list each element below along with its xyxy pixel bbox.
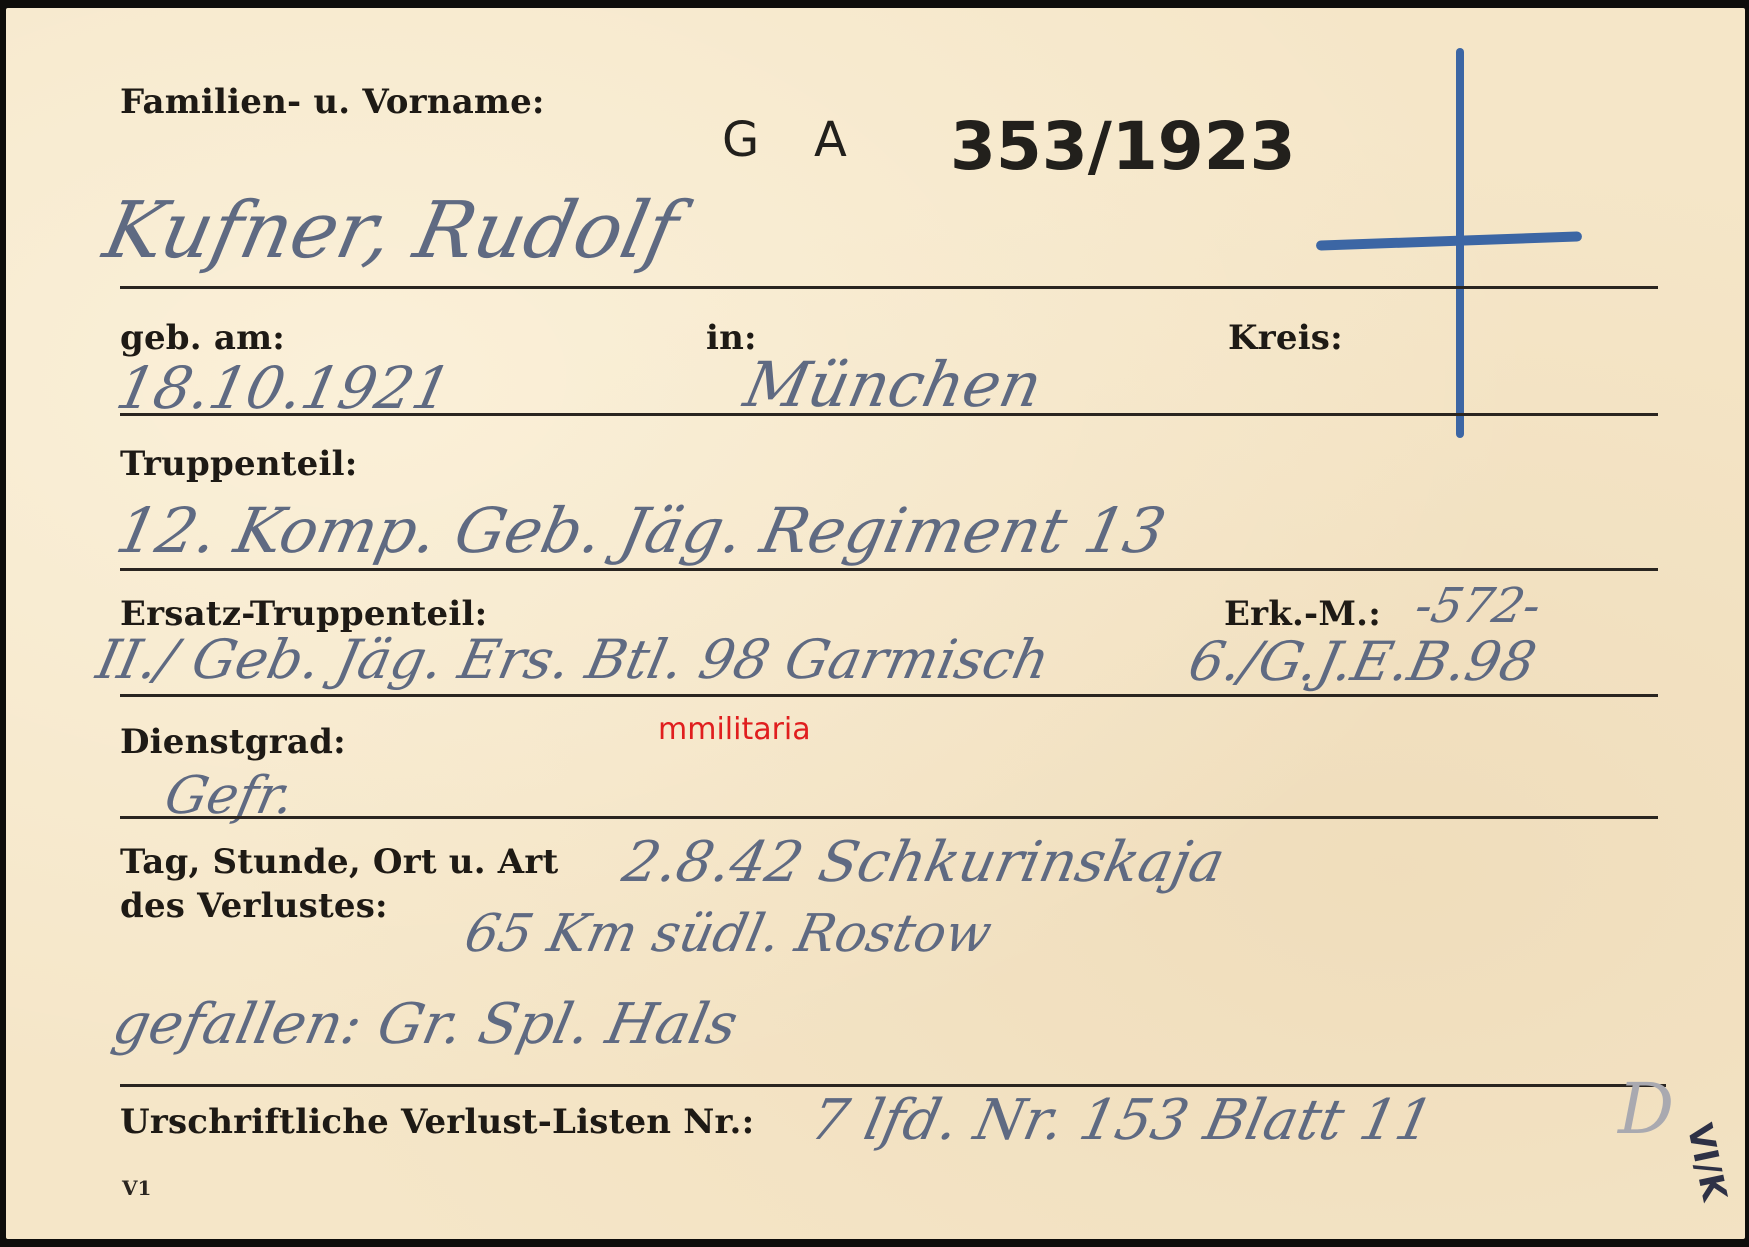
birth-date-label: geb. am: bbox=[120, 318, 285, 358]
file-prefix-g: G bbox=[722, 112, 759, 168]
file-number: 353/1923 bbox=[950, 108, 1296, 185]
replacement-unit-value: II./ Geb. Jäg. Ers. Btl. 98 Garmisch bbox=[91, 628, 1055, 691]
unit-label: Truppenteil: bbox=[120, 444, 357, 484]
divider-loss bbox=[120, 1084, 1666, 1087]
divider-unit bbox=[120, 568, 1658, 571]
birth-place-label: in: bbox=[706, 318, 757, 358]
form-code: V1 bbox=[122, 1176, 151, 1200]
id-tag-value-line2: 6./G.J.E.B.98 bbox=[1183, 630, 1541, 693]
unit-value: 12. Komp. Geb. Jäg. Regiment 13 bbox=[110, 494, 1172, 567]
district-label: Kreis: bbox=[1228, 318, 1343, 358]
name-value: Kufner, Rudolf bbox=[96, 186, 685, 276]
name-label: Familien- u. Vorname: bbox=[120, 82, 545, 122]
loss-value-line2: 65 Km südl. Rostow bbox=[460, 904, 997, 964]
birth-date-value: 18.10.1921 bbox=[111, 354, 458, 422]
id-tag-value: -572- bbox=[1410, 578, 1546, 634]
ink-initials: VI/K bbox=[1679, 1120, 1734, 1204]
loss-list-value: 7 lfd. Nr. 153 Blatt 11 bbox=[805, 1088, 1439, 1153]
birth-place-value: München bbox=[738, 348, 1048, 421]
loss-list-label: Urschriftliche Verlust-Listen Nr.: bbox=[120, 1102, 754, 1142]
casualty-record-card: G A 353/1923 Familien- u. Vorname: Kufne… bbox=[6, 8, 1745, 1239]
watermark: mmilitaria bbox=[658, 712, 811, 747]
rank-label: Dienstgrad: bbox=[120, 722, 346, 762]
divider-replacement bbox=[120, 694, 1658, 697]
cross-horizontal-stroke bbox=[1316, 231, 1582, 250]
divider-rank bbox=[120, 816, 1658, 819]
loss-value-line3: gefallen: Gr. Spl. Hals bbox=[107, 992, 743, 1057]
loss-label-line1: Tag, Stunde, Ort u. Art bbox=[120, 842, 558, 882]
divider-birth bbox=[120, 413, 1658, 416]
id-tag-label: Erk.-M.: bbox=[1224, 594, 1381, 634]
loss-value-line1: 2.8.42 Schkurinskaja bbox=[617, 830, 1230, 895]
pencil-initial: D bbox=[1618, 1068, 1674, 1150]
loss-label-line2: des Verlustes: bbox=[120, 886, 388, 926]
file-prefix-a: A bbox=[814, 112, 847, 168]
divider-name bbox=[120, 286, 1658, 289]
